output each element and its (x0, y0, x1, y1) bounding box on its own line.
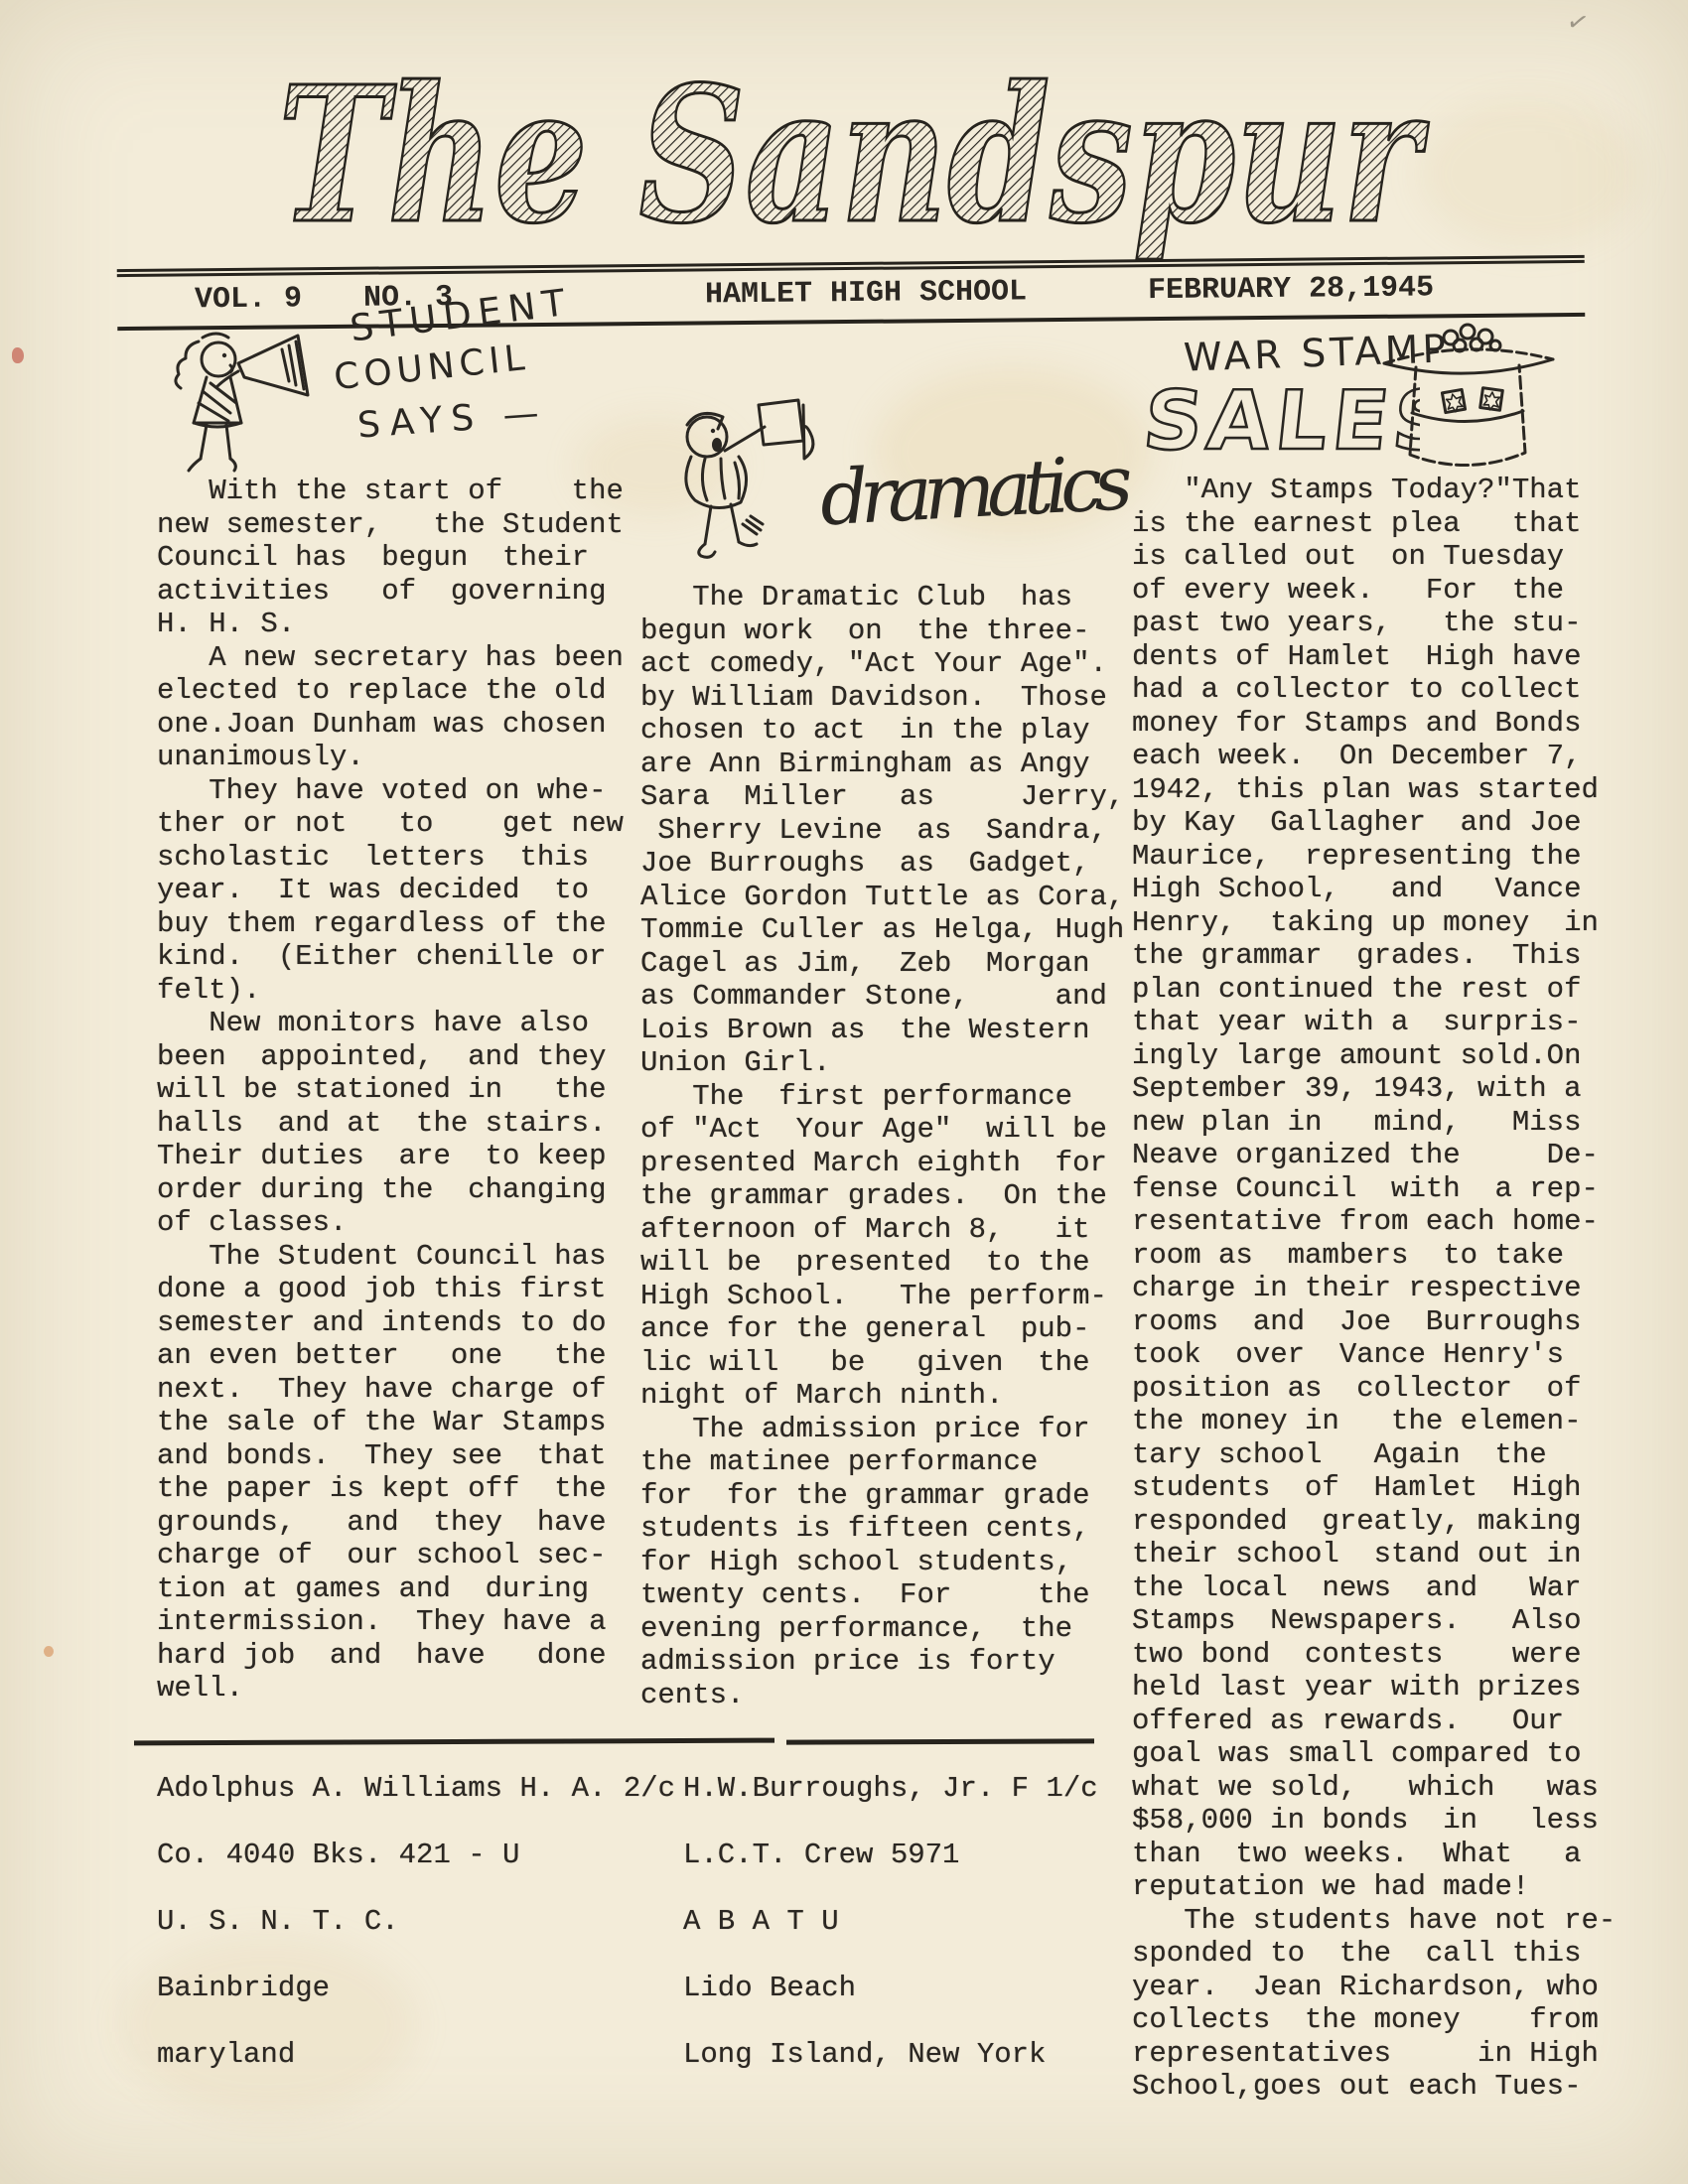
address-block-left: Adolphus A. Williams H. A. 2/c Co. 4040 … (157, 1755, 675, 2088)
paper-stain (1420, 99, 1638, 248)
student-council-text: With the start of the new semester, the … (157, 475, 624, 1706)
top-hat-with-coins-icon (1376, 316, 1560, 484)
column-divider-rule (786, 1738, 1094, 1744)
folio-date: FEBRUARY 28,1945 (1148, 271, 1434, 308)
folio-volume: VOL. 9 (195, 282, 302, 317)
pen-check-mark: ✓ (1564, 6, 1592, 40)
red-ink-speck (12, 347, 24, 363)
girl-with-megaphone-icon (147, 320, 360, 488)
newspaper-page: ✓ The Sandspur VOL. 9 NO. 3 HAMLET HIGH … (0, 0, 1688, 2184)
folio-school: HAMLET HIGH SCHOOL (705, 275, 1027, 312)
war-stamp-sales-text: "Any Stamps Today?"That is the earnest p… (1132, 474, 1616, 2104)
student-council-header-line3: SAYS — (356, 392, 549, 446)
column-divider-rule (134, 1738, 774, 1746)
masthead: The Sandspur (248, 26, 1450, 270)
dramatics-header: dramatics (806, 417, 1154, 571)
dramatics-header-text: dramatics (818, 438, 1135, 542)
address-block-right: H.W.Burroughs, Jr. F 1/c L.C.T. Crew 597… (683, 1755, 1098, 2088)
dramatics-text: The Dramatic Club has begun work on the … (640, 581, 1124, 1711)
orange-speck (44, 1646, 54, 1657)
masthead-title: The Sandspur (278, 46, 1429, 265)
